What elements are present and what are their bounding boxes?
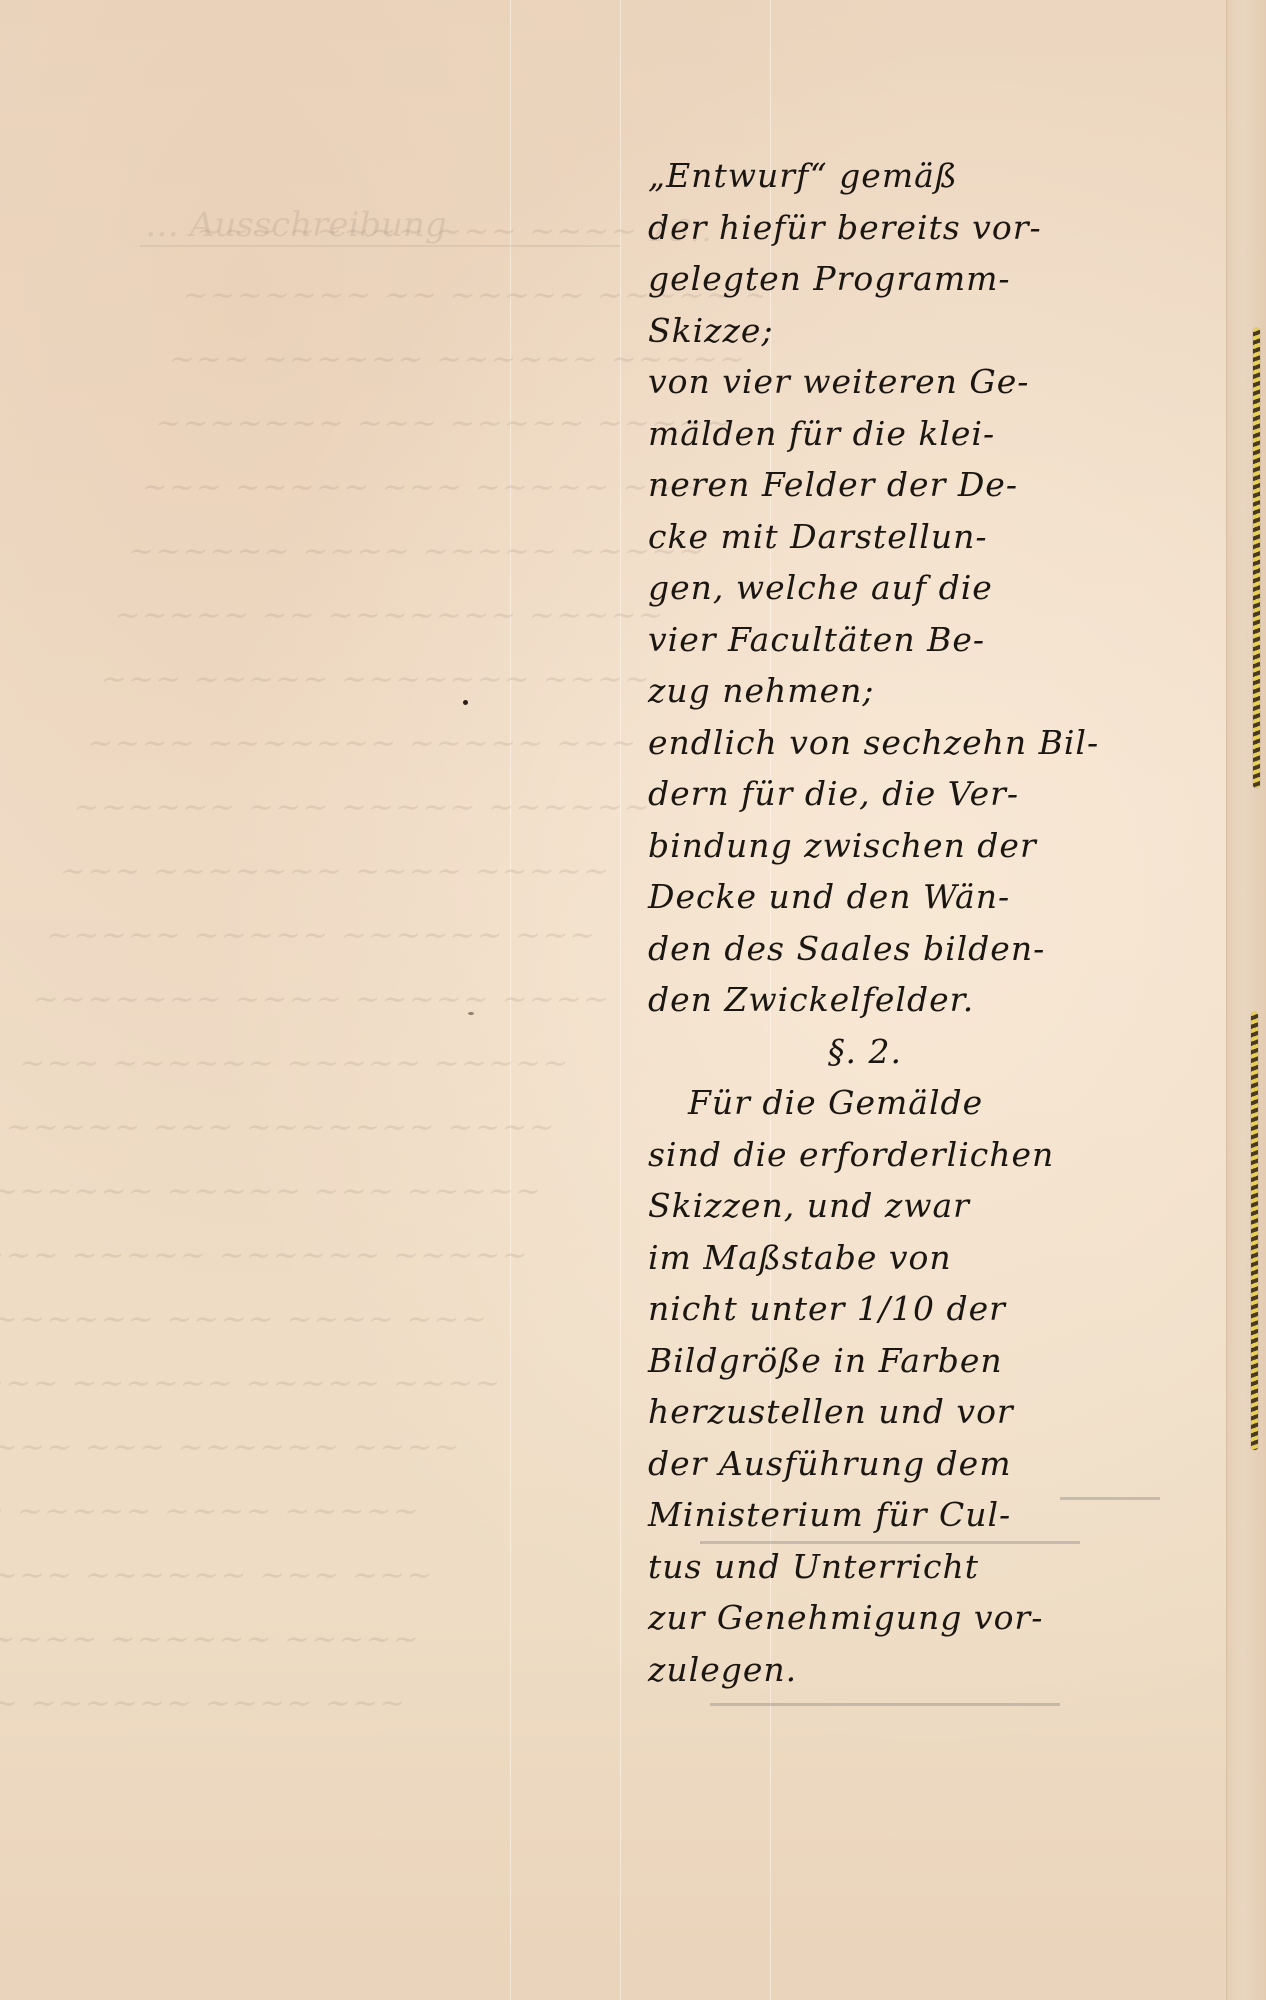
text-line: bindung zwischen der	[648, 820, 1228, 872]
text-line: dern für die, die Ver-	[648, 768, 1228, 820]
text-line: im Maßstabe von	[648, 1232, 1228, 1284]
text-line: zug nehmen;	[648, 665, 1228, 717]
text-line: vier Facultäten Be-	[648, 614, 1228, 666]
text-line: tus und Unterricht	[648, 1541, 1228, 1593]
text-line: der hiefür bereits vor-	[648, 202, 1228, 254]
text-line: Skizzen, und zwar	[648, 1180, 1228, 1232]
page-edge	[1226, 0, 1266, 2000]
text-line: zulegen.	[648, 1644, 1228, 1696]
text-line: den Zwickelfelder.	[648, 974, 1228, 1026]
binding-cord	[1251, 1012, 1258, 1450]
text-line: zur Genehmigung vor-	[648, 1592, 1228, 1644]
text-line: cke mit Darstellun-	[648, 511, 1228, 563]
text-line: Für die Gemälde	[648, 1077, 1228, 1129]
text-line: Ministerium für Cul-	[648, 1489, 1228, 1541]
text-line: nicht unter 1/10 der	[648, 1283, 1228, 1335]
handwritten-text-block: „Entwurf“ gemäß der hiefür bereits vor- …	[648, 150, 1228, 1695]
text-line: neren Felder der De-	[648, 459, 1228, 511]
text-line: den des Saales bilden-	[648, 923, 1228, 975]
text-line: gelegten Programm-	[648, 253, 1228, 305]
manuscript-page: … Ausschreibung ~~~ ~~~~~ ~~~ ~~~~ 18.. …	[0, 0, 1238, 2000]
text-line: sind die erforderlichen	[648, 1129, 1228, 1181]
section-heading: §. 2.	[648, 1026, 1228, 1078]
text-line: „Entwurf“ gemäß	[648, 150, 1228, 202]
text-line: der Ausführung dem	[648, 1438, 1228, 1490]
text-line: von vier weiteren Ge-	[648, 356, 1228, 408]
text-line: endlich von sechzehn Bil-	[648, 717, 1228, 769]
text-line: herzustellen und vor	[648, 1386, 1228, 1438]
text-line: Decke und den Wän-	[648, 871, 1228, 923]
text-line: Skizze;	[648, 305, 1228, 357]
ink-speck	[463, 700, 468, 705]
binding-cord	[1253, 328, 1260, 788]
text-line: gen, welche auf die	[648, 562, 1228, 614]
text-line: mälden für die klei-	[648, 408, 1228, 460]
ink-speck	[468, 1012, 474, 1015]
text-line: Bildgröße in Farben	[648, 1335, 1228, 1387]
pencil-underline	[710, 1703, 1060, 1706]
